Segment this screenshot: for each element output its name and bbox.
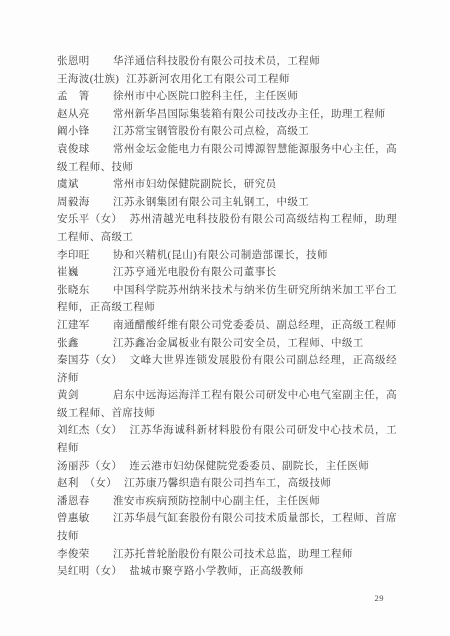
roster-entry: 李印旺协和兴精机(昆山)有限公司制造部课长，技师 (57, 247, 397, 265)
roster-entry: 安乐平（女）苏州清越光电科技股份有限公司高级结构工程师，助理工程师、高级工 (57, 211, 397, 246)
roster-entry: 潘恩春淮安市疾病预防控制中心副主任，主任医师 (57, 493, 397, 511)
roster-entry: 张晓东中国科学院苏州纳米技术与纳米仿生研究所纳米加工平台工程师，正高级工程师 (57, 282, 397, 317)
person-name: 潘恩春 (57, 493, 106, 511)
roster-entry: 王海波(壮族)江苏新河农用化工有限公司工程师 (57, 71, 397, 89)
roster-entry: 虞斌常州市妇幼保健院副院长，研究员 (57, 176, 397, 194)
person-name: 崔巍 (57, 264, 106, 282)
roster-entry: 秦国芬（女）文峰大世界连锁发展股份有限公司副总经理，正高级经济师 (57, 352, 397, 387)
person-name: 安乐平（女） (57, 211, 122, 229)
roster-entry: 曾惠敏江苏华晨气缸套股份有限公司技术质量部长，工程师、首席技师 (57, 510, 397, 545)
person-name: 黄剑 (57, 387, 106, 405)
person-description: 连云港市妇幼保健院党委委员、副院长，主任医师 (129, 461, 369, 472)
roster-entry: 阚小锋江苏常宝钢管股份有限公司点检，高级工 (57, 123, 397, 141)
person-description: 南通醋酸纤维有限公司党委委员、副总经理，正高级工程师 (113, 320, 396, 331)
person-description: 常州新华昌国际集装箱有限公司技改办主任，助理工程师 (113, 109, 386, 120)
roster-entry: 袁俊球常州金坛金能电力有限公司博源智慧能源服务中心主任，高级工程师、技师 (57, 141, 397, 176)
person-name: 赵从亮 (57, 106, 106, 124)
roster-entry: 汤丽莎（女）连云港市妇幼保健院党委委员、副院长，主任医师 (57, 458, 397, 476)
document-page: 张恩明华洋通信科技股份有限公司技术员，工程师 王海波(壮族)江苏新河农用化工有限… (0, 0, 450, 636)
person-name: 张鑫 (57, 335, 106, 353)
person-name: 虞斌 (57, 176, 106, 194)
roster-entry: 刘红杰（女）江苏华海诚科新材料股份有限公司研发中心技术员，工程师 (57, 422, 397, 457)
person-description: 江苏永钢集团有限公司主轧钢工，中级工 (113, 197, 309, 208)
roster-list: 张恩明华洋通信科技股份有限公司技术员，工程师 王海波(壮族)江苏新河农用化工有限… (57, 53, 397, 581)
person-name: 刘红杰（女） (57, 422, 122, 440)
person-description: 江苏康乃馨织造有限公司挡车工，高级技师 (124, 478, 331, 489)
person-description: 江苏常宝钢管股份有限公司点检，高级工 (113, 126, 309, 137)
person-description: 盐城市聚亨路小学教师，正高级教师 (129, 566, 303, 577)
person-name: 张恩明 (57, 53, 106, 71)
person-description: 江苏新河农用化工有限公司工程师 (126, 74, 290, 85)
roster-entry: 赵从亮常州新华昌国际集装箱有限公司技改办主任，助理工程师 (57, 106, 397, 124)
person-name: 曾惠敏 (57, 510, 106, 528)
person-name: 李印旺 (57, 247, 106, 265)
person-description: 江苏鑫冶金属板业有限公司安全员，工程师、中级工 (113, 338, 364, 349)
person-name: 吴红明（女） (57, 563, 122, 581)
person-description: 协和兴精机(昆山)有限公司制造部课长，技师 (113, 250, 328, 261)
person-name: 张晓东 (57, 282, 106, 300)
person-description: 江苏华晨气缸套股份有限公司技术质量部长，工程师、首席技师 (57, 513, 397, 542)
page-number: 29 (375, 593, 385, 603)
person-name: 孟 箐 (57, 88, 106, 106)
person-description: 江苏亨通光电股份有限公司董事长 (113, 267, 277, 278)
roster-entry: 黄剑启东中远海运海洋工程有限公司研发中心电气室副主任，高级工程师、首席技师 (57, 387, 397, 422)
person-name: 周毅海 (57, 194, 106, 212)
person-name: 江建军 (57, 317, 106, 335)
person-name: 赵利 （女） (57, 475, 117, 493)
person-name: 王海波(壮族) (57, 71, 119, 89)
roster-entry: 孟 箐徐州市中心医院口腔科主任，主任医师 (57, 88, 397, 106)
person-description: 常州市妇幼保健院副院长，研究员 (113, 179, 277, 190)
roster-entry: 张鑫江苏鑫冶金属板业有限公司安全员，工程师、中级工 (57, 335, 397, 353)
person-name: 阚小锋 (57, 123, 106, 141)
person-description: 华洋通信科技股份有限公司技术员，工程师 (113, 56, 320, 67)
roster-entry: 李俊荣江苏托普轮胎股份有限公司技术总监，助理工程师 (57, 546, 397, 564)
person-description: 淮安市疾病预防控制中心副主任，主任医师 (113, 496, 320, 507)
roster-entry: 赵利 （女）江苏康乃馨织造有限公司挡车工，高级技师 (57, 475, 397, 493)
person-name: 袁俊球 (57, 141, 106, 159)
roster-entry: 张恩明华洋通信科技股份有限公司技术员，工程师 (57, 53, 397, 71)
person-description: 徐州市中心医院口腔科主任，主任医师 (113, 91, 298, 102)
person-name: 李俊荣 (57, 546, 106, 564)
person-name: 汤丽莎（女） (57, 458, 122, 476)
person-description: 中国科学院苏州纳米技术与纳米仿生研究所纳米加工平台工程师，正高级工程师 (57, 285, 397, 314)
roster-entry: 崔巍江苏亨通光电股份有限公司董事长 (57, 264, 397, 282)
roster-entry: 吴红明（女）盐城市聚亨路小学教师，正高级教师 (57, 563, 397, 581)
person-name: 秦国芬（女） (57, 352, 122, 370)
person-description: 常州金坛金能电力有限公司博源智慧能源服务中心主任，高级工程师、技师 (57, 144, 397, 173)
person-description: 启东中远海运海洋工程有限公司研发中心电气室副主任，高级工程师、首席技师 (57, 390, 397, 419)
roster-entry: 江建军南通醋酸纤维有限公司党委委员、副总经理，正高级工程师 (57, 317, 397, 335)
roster-entry: 周毅海江苏永钢集团有限公司主轧钢工，中级工 (57, 194, 397, 212)
person-description: 江苏托普轮胎股份有限公司技术总监，助理工程师 (113, 549, 353, 560)
